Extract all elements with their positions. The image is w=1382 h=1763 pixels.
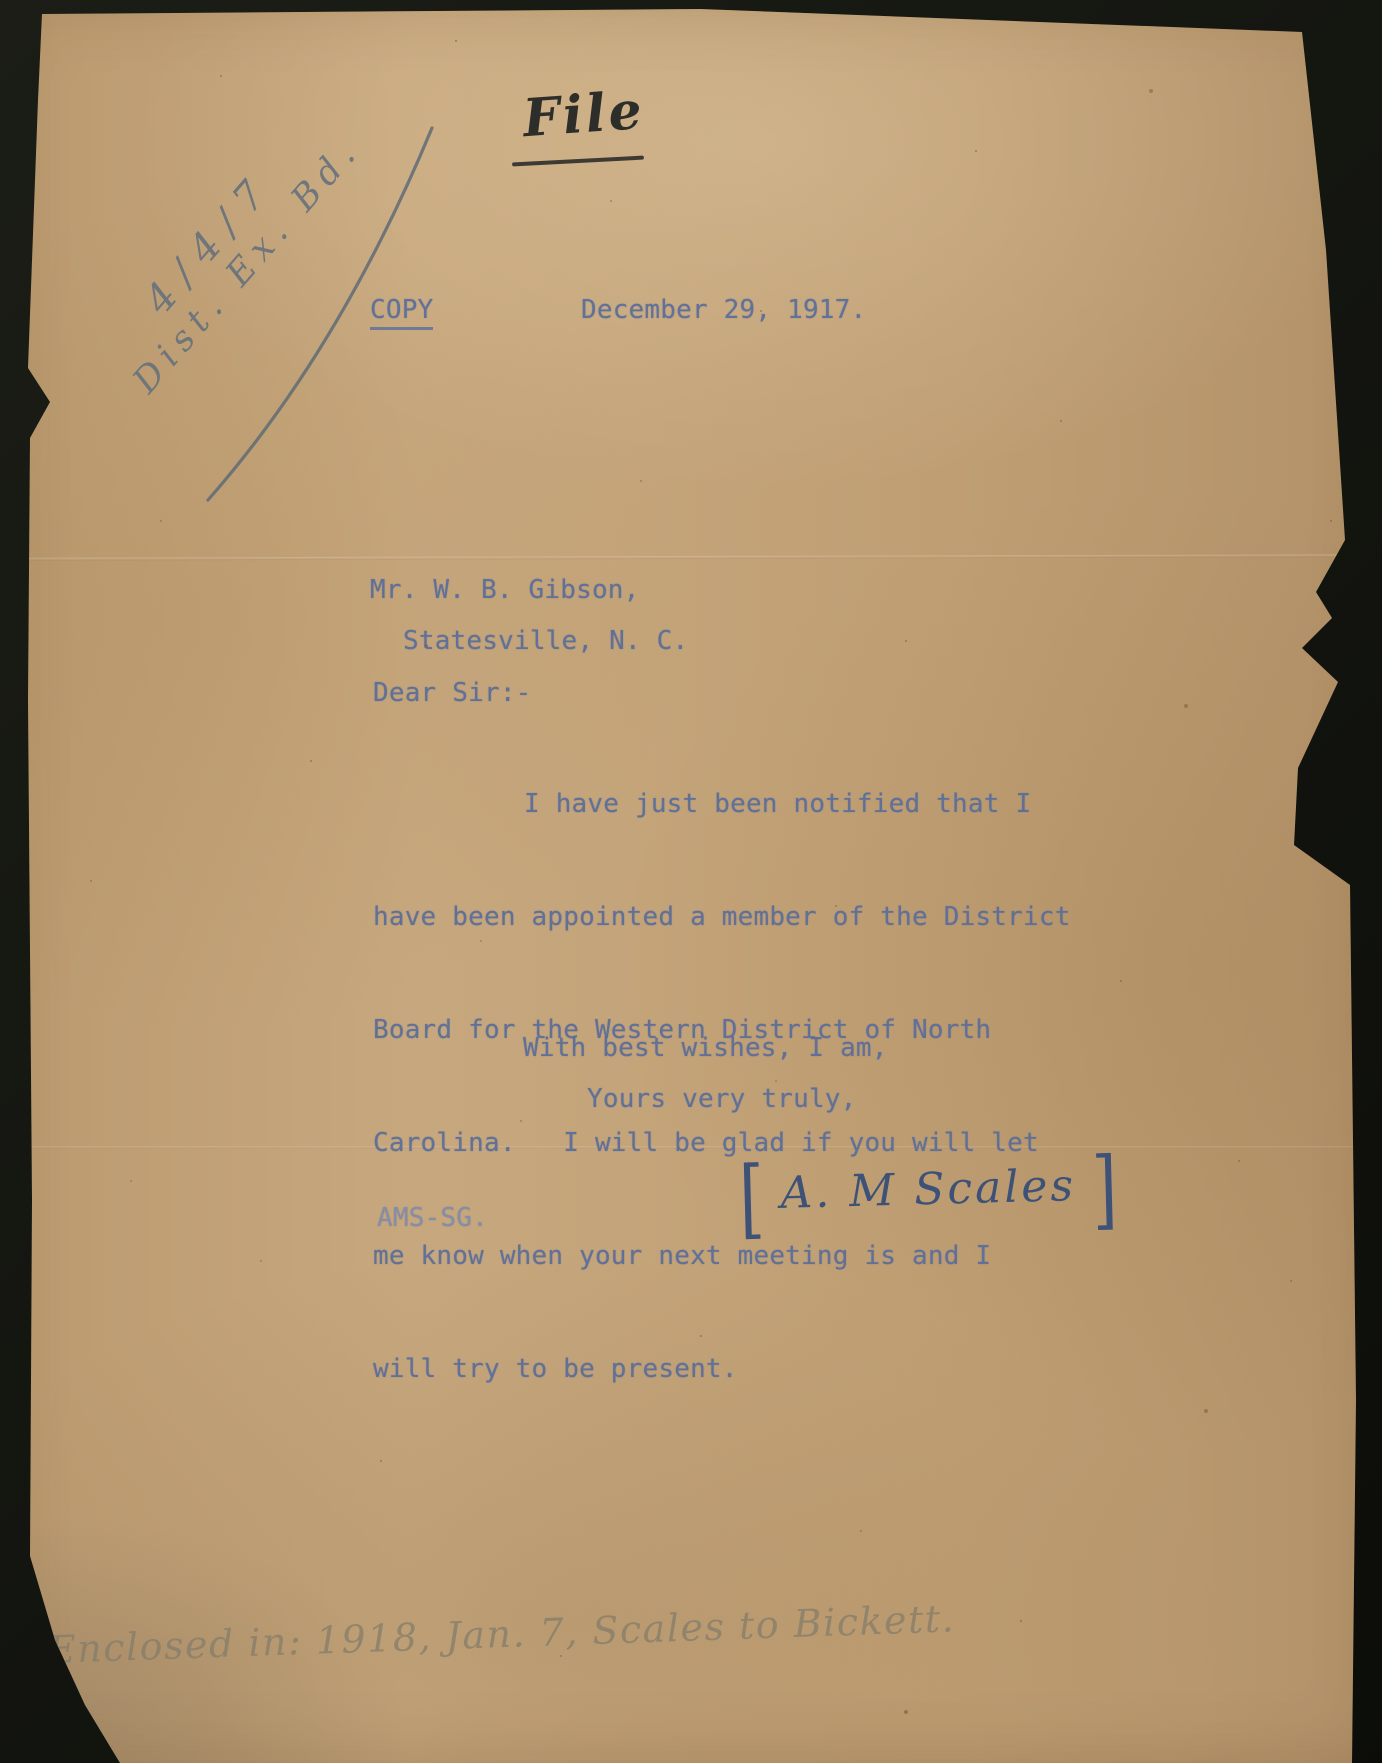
scan-background: File 4/4/7 Dist. Ex. Bd. COPY December 2… bbox=[0, 0, 1382, 1763]
signature-name: A. M Scales bbox=[776, 1160, 1081, 1229]
closing-regards: With best wishes, I am, bbox=[523, 1033, 888, 1063]
salutation: Dear Sir:- bbox=[373, 678, 532, 708]
copy-label: COPY bbox=[370, 295, 433, 330]
date-line: December 29, 1917. bbox=[581, 295, 866, 325]
file-annotation: File bbox=[521, 80, 646, 149]
signature: [ A. M Scales ] bbox=[734, 1135, 1123, 1253]
body-line-6: will try to be present. bbox=[373, 1354, 1071, 1407]
paper-specks bbox=[0, 0, 2, 2]
recipient-city: Statesville, N. C. bbox=[403, 626, 688, 656]
letter-paper: File 4/4/7 Dist. Ex. Bd. COPY December 2… bbox=[0, 0, 1382, 1763]
recipient-name: Mr. W. B. Gibson, bbox=[370, 575, 640, 605]
typist-initials: AMS-SG. bbox=[377, 1203, 488, 1233]
fold-crease-top bbox=[0, 554, 1382, 561]
closing-valediction: Yours very truly, bbox=[587, 1084, 857, 1114]
signature-bracket-close: ] bbox=[1091, 1139, 1119, 1240]
signature-bracket-open: [ bbox=[738, 1148, 766, 1249]
corner-note-line2: Dist. Ex. Bd. bbox=[88, 86, 407, 444]
corner-note-line1: 4/4/7 bbox=[44, 56, 377, 429]
corner-note: 4/4/7 Dist. Ex. Bd. bbox=[53, 56, 417, 454]
body-line-1: I have just been notified that I bbox=[373, 789, 1071, 842]
body-line-2: have been appointed a member of the Dist… bbox=[373, 902, 1071, 955]
body-line-5: me know when your next meeting is and I bbox=[373, 1241, 1071, 1294]
file-annotation-underline bbox=[512, 156, 644, 167]
archival-note: Enclosed in: 1918, Jan. 7, Scales to Bic… bbox=[47, 1596, 956, 1672]
